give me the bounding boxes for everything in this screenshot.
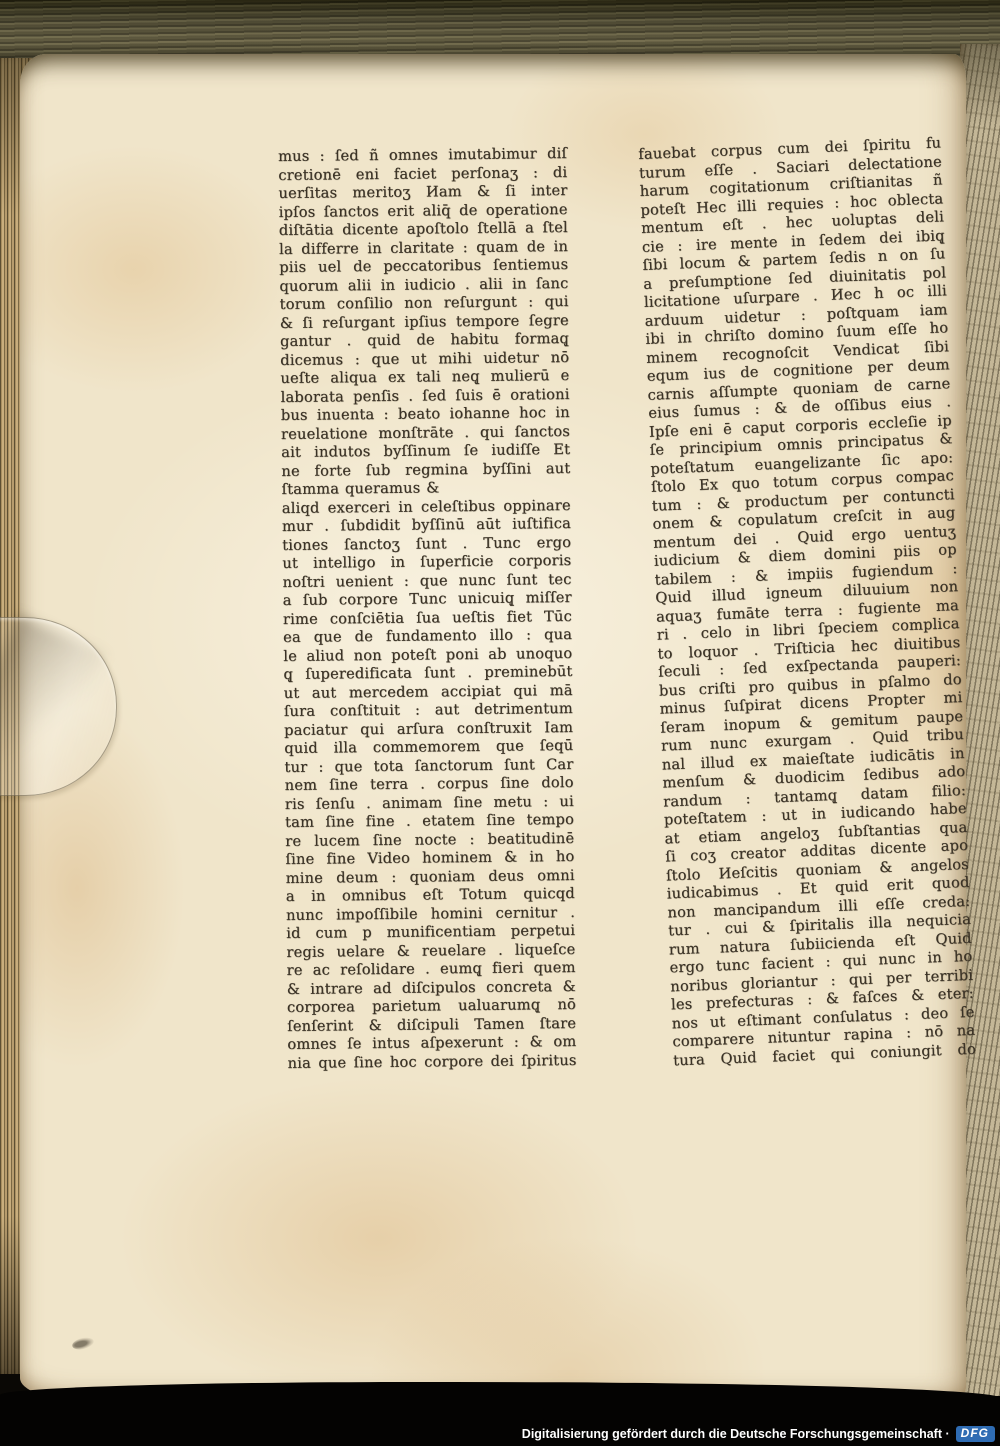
text-line: ait indutos byſſinum ſe iudiſſe Et [281, 441, 570, 463]
text-line: torum conſilio non reſurgunt : qui [280, 293, 569, 315]
text-line: id cum p munificentiam perpetui [286, 922, 575, 944]
book-scan: mus : ſed ñ omnes imutabimur diſcretionē… [0, 0, 1000, 1446]
text-line: piis uel de peccatoribus ſentiemus [279, 256, 568, 278]
text-column-right: fauebat corpus cum dei ſpiritu futurum e… [638, 134, 976, 1070]
text-line: nia que ſine hoc corpore dei ſpiritus [287, 1051, 576, 1073]
text-line: mus : ſed ñ omnes imutabimur diſ [278, 145, 567, 167]
text-column-left: mus : ſed ñ omnes imutabimur diſcretionē… [278, 145, 577, 1073]
text-line: ſura conſtituit : aut detrimentum [284, 700, 573, 722]
text-line: tam ſine fine . etatem ſine tempo [285, 811, 574, 833]
text-line: ſine fine Video hominem & in ho [285, 848, 574, 870]
ink-smudge [71, 1336, 95, 1352]
text-line: ea que de fundamento illo : qua [283, 626, 572, 648]
text-line: omnes ſe intus aſpexerunt : & om [287, 1033, 576, 1055]
text-line: quid illa commemorem que ſeqū [284, 737, 573, 759]
text-line: uerſitas meritoʒ Иam & ſi inter [278, 182, 567, 204]
text-line: a ſub corpore Tunc unicuiq̨ miſſer [283, 589, 572, 611]
footer-caption: Digitalisierung gefördert durch die Deut… [522, 1427, 950, 1441]
text-line: ne forte ſub regmina byſſini aut [281, 459, 570, 481]
text-line: corporea parietum ualuarumq̨ nō [287, 996, 576, 1018]
text-line: bus inuenta : beato iohanne hoc in [281, 404, 570, 426]
text-line: mur . ſubdidit byſſinū aūt iuſtifica [282, 515, 571, 537]
text-line: ut intelligo in ſuperficie corporis [282, 552, 571, 574]
text-line: gantur . quid de habitu formaq̨ [280, 330, 569, 352]
text-line: a in omnibus eſt Totum quicqd [286, 885, 575, 907]
text-line: nem ſine terra . corpus ſine dolo [285, 774, 574, 796]
adjacent-page-edge [960, 44, 1000, 1410]
text-line: q̨ ſuperedificata ſunt . preminebūt [283, 663, 572, 685]
dfg-logo: DFG [956, 1426, 995, 1442]
digitization-credit: Digitalisierung gefördert durch die Deut… [522, 1426, 995, 1442]
book-page: mus : ſed ñ omnes imutabimur diſcretionē… [20, 54, 966, 1400]
text-line: re ac reſolidare . eumq̨ fieri quem [287, 959, 576, 981]
text-line: ueſte aliqua ex tali neq̨ mulierū e [280, 367, 569, 389]
text-line: diſtātia dicente apoſtolo ſtellā a ſtel [279, 219, 568, 241]
